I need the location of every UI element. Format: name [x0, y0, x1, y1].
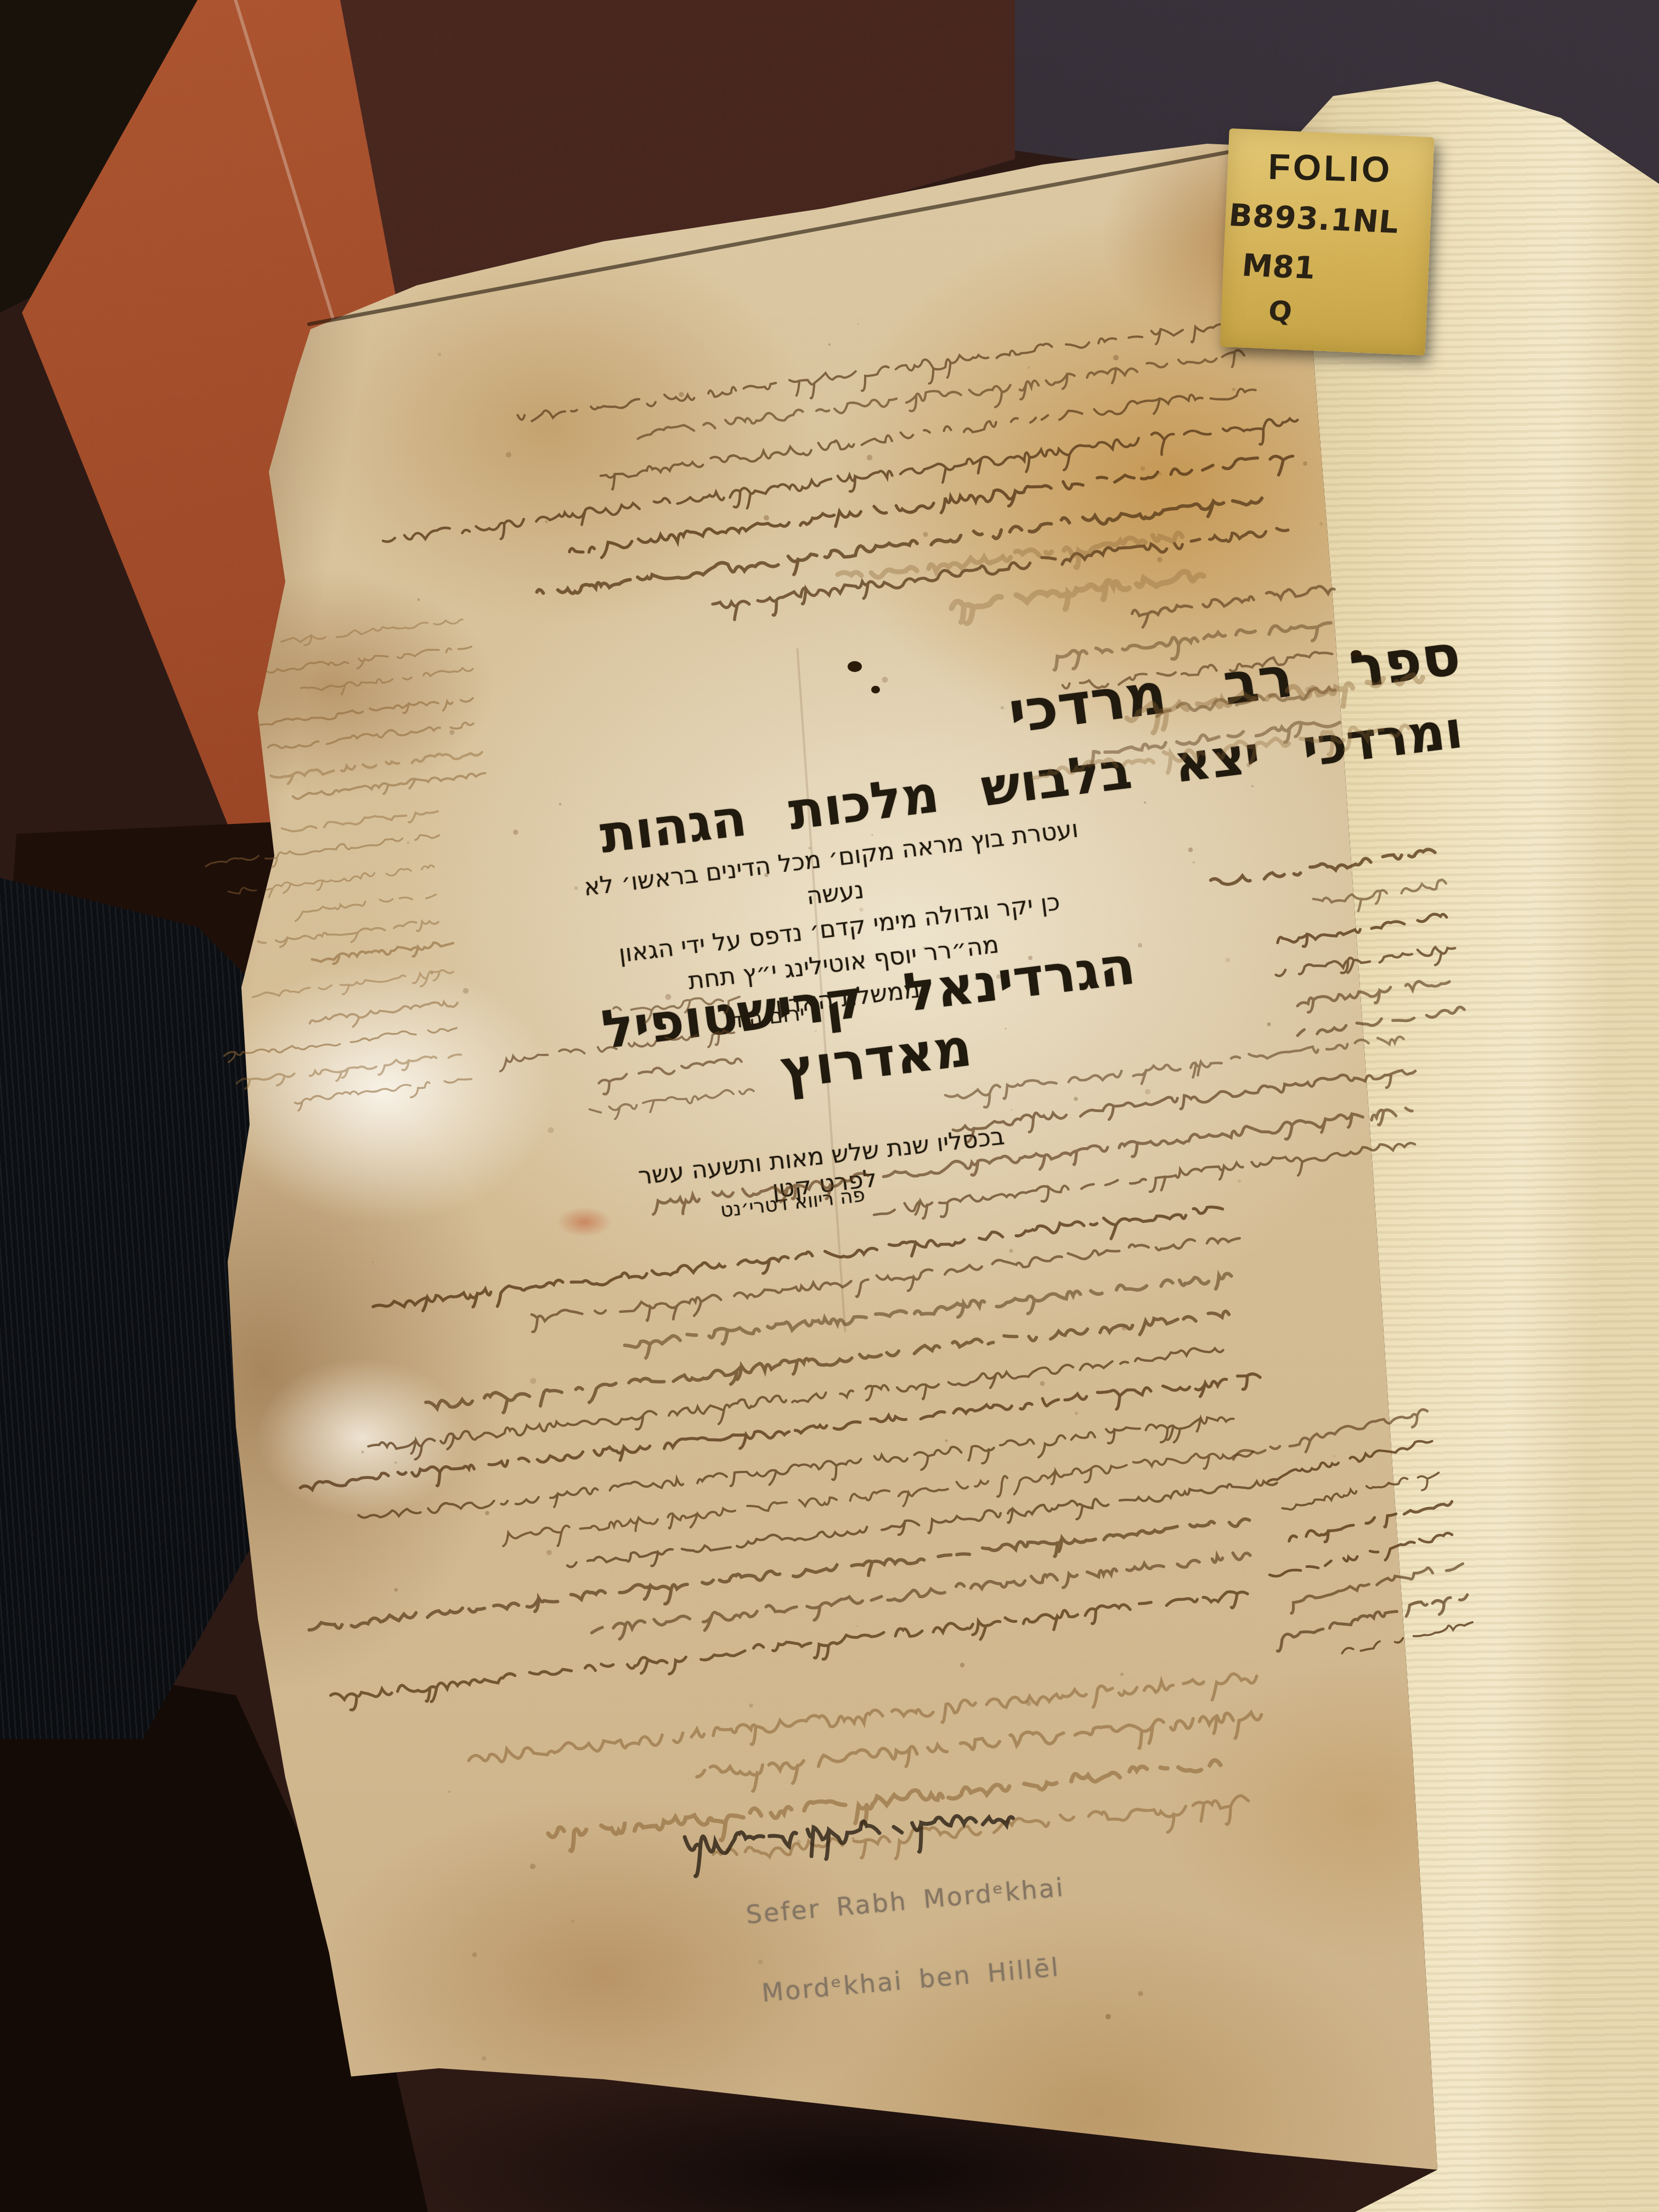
library-tag: FOLIO B893.1NL M81 Q — [1220, 128, 1434, 356]
tag-call-number-1: B893.1NL — [1227, 198, 1401, 240]
tag-call-number-3: Q — [1267, 295, 1294, 328]
red-smudge — [557, 1207, 612, 1237]
tag-call-number-2: M81 — [1240, 247, 1317, 286]
ink-blob — [848, 661, 862, 672]
photo-canvas: ספר רב מרדכי ומרדכי יצא בלבוש מלכות הגהו… — [0, 0, 1659, 2212]
ink-blob — [871, 686, 880, 693]
tag-stamp: FOLIO — [1227, 144, 1434, 191]
